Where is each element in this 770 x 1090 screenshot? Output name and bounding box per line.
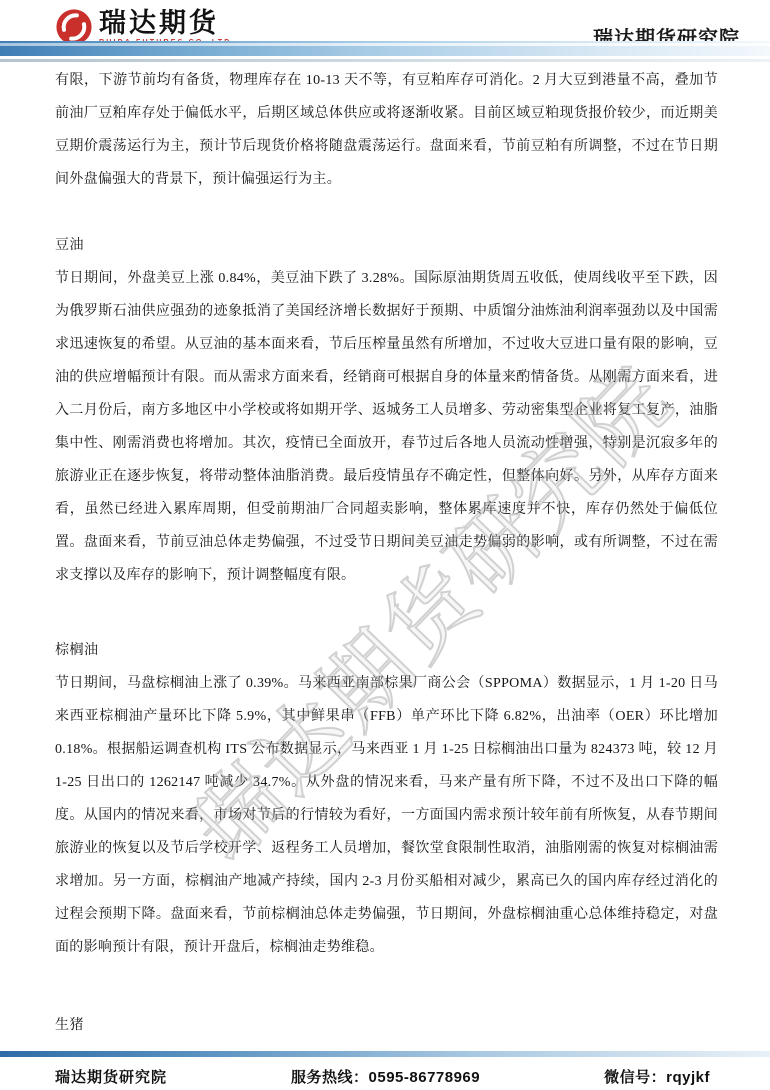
section-body-soybean-oil: 节日期间，外盘美豆上涨 0.84%，美豆油下跌了 3.28%。国际原油期货周五收… xyxy=(55,262,718,592)
footer-gradient-rule xyxy=(0,1051,770,1057)
footer-wechat: 微信号：rqyjkf xyxy=(604,1066,710,1087)
section-heading-palm-oil: 棕榈油 xyxy=(55,634,718,667)
section-heading-live-hogs: 生猪 xyxy=(55,1009,718,1042)
intro-paragraph: 有限，下游节前均有备货，物理库存在 10-13 天不等，有豆粕库存可消化。2 月… xyxy=(55,64,718,196)
footer-wechat-label: 微信号： xyxy=(604,1069,666,1086)
footer-hotline-label: 服务热线： xyxy=(291,1069,369,1086)
section-body-palm-oil: 节日期间，马盘棕榈油上涨了 0.39%。马来西亚南部棕果厂商公会（SPPOMA）… xyxy=(55,667,718,964)
footer-hotline-number: 0595-86778969 xyxy=(369,1069,481,1086)
report-page: 瑞达期货 RUIDA FUTURES CO.,LTD. 瑞达期货研究院 瑞达期货… xyxy=(0,0,770,1090)
report-body: 有限，下游节前均有备货，物理库存在 10-13 天不等，有豆粕库存可消化。2 月… xyxy=(0,0,770,1042)
footer-hotline: 服务热线：0595-86778969 xyxy=(167,1066,604,1087)
footer: 瑞达期货研究院 服务热线：0595-86778969 微信号：rqyjkf xyxy=(0,1063,770,1090)
section-heading-soybean-oil: 豆油 xyxy=(55,229,718,262)
footer-institute-name: 瑞达期货研究院 xyxy=(55,1066,167,1087)
footer-wechat-id: rqyjkf xyxy=(666,1069,710,1086)
